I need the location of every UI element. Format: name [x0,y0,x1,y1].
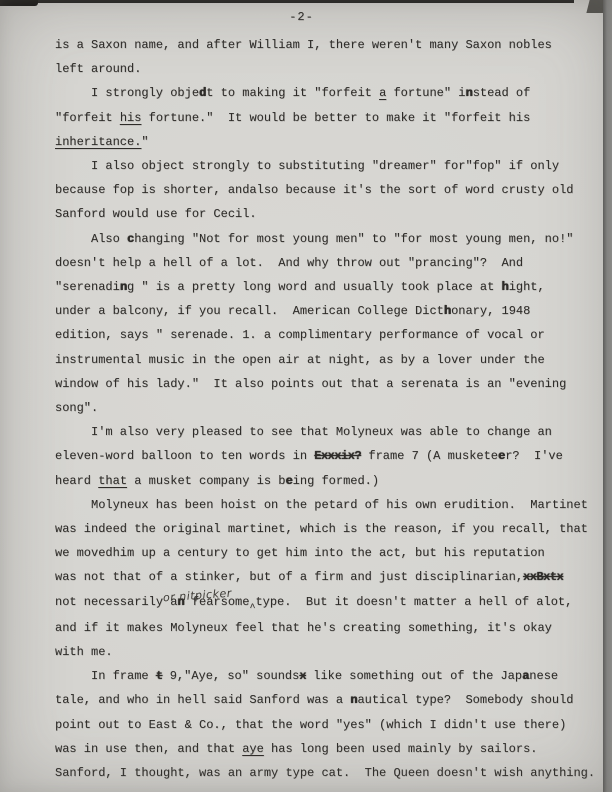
text-line: I also object strongly to substituting "… [55,154,602,178]
text-segment: h [444,304,451,318]
text-segment: tale, and who in hell said Sanford was a [55,693,350,707]
text-segment: h [501,280,508,294]
text-line: is a Saxon name, and after William I, th… [55,33,602,57]
text-segment: e [285,474,292,488]
text-segment: "forfeit [55,111,120,125]
text-line: we movedhim up a century to get him into… [55,541,602,565]
text-segment: nese [529,669,558,683]
text-segment: In frame [91,669,156,683]
text-line: left around. [55,57,602,81]
scanned-letter-page: -2- is a Saxon name, and after William I… [0,0,612,792]
underlined-text: inheritance. [55,135,141,149]
text-segment: we movedhim up a century to get him into… [55,546,545,560]
text-line: I'm also very pleased to see that Molyne… [55,420,602,444]
underlined-text: aye [242,742,264,756]
text-segment: ing formed.) [293,474,379,488]
text-line: was not that of a stinker, but of a firm… [55,565,602,589]
underlined-text: that [98,474,127,488]
text-line: Also changing "Not for most young men" t… [55,227,602,251]
text-segment: because fop is shorter, andalso because … [55,183,573,197]
text-line: I strongly objedt to making it "forfeit … [55,81,602,105]
text-segment: 9,"Aye, so" sounds [163,669,300,683]
text-line: with me. [55,640,602,664]
struck-text: Exxxix? [314,449,361,463]
underlined-text: his [120,111,142,125]
text-line: because fop is shorter, andalso because … [55,178,602,202]
text-segment: eleven-word balloon to ten words in [55,449,314,463]
text-segment: like something out of the Jap [306,669,522,683]
text-line: eleven-word balloon to ten words in Exxx… [55,444,602,468]
text-segment: fortune." It would be better to make it … [141,111,530,125]
text-line: and if it makes Molyneux feel that he's … [55,616,602,640]
text-segment: window of his lady." It also points out … [55,377,566,391]
text-segment: and if it makes Molyneux feel that he's … [55,621,552,635]
text-line: "serenading " is a pretty long word and … [55,275,602,299]
text-line: "forfeit his fortune." It would be bette… [55,106,602,130]
text-segment: Also [91,232,127,246]
page-number: -2- [0,10,603,24]
text-segment: has long been used mainly by sailors. [264,742,538,756]
text-line: was in use then, and that aye has long b… [55,737,602,761]
text-segment: I strongly obje [91,86,199,100]
text-segment: r? I've [505,449,563,463]
text-segment: Sanford, I thought, was an army type cat… [55,766,595,780]
text-segment: I'm also very pleased to see that Molyne… [91,425,552,439]
text-segment: under a balcony, if you recall. American… [55,304,444,318]
scan-edge-top-left [0,0,38,6]
text-segment: Sanford would use for Cecil. [55,207,257,221]
text-line: Sanford, I thought, was an army type cat… [55,761,602,785]
text-segment: song". [55,401,98,415]
text-segment: heard [55,474,98,488]
text-line: edition, says " serenade. 1. a complimen… [55,323,602,347]
text-line: tale, and who in hell said Sanford was a… [55,688,602,712]
text-segment: was in use then, and that [55,742,242,756]
text-line: Molyneux has been hoist on the petard of… [55,493,602,517]
text-segment: " [141,135,148,149]
text-segment: onary, 1948 [451,304,530,318]
text-segment: was not that of a stinker, but of a firm… [55,570,523,584]
text-segment: hanging "Not for most young men" to "for… [134,232,573,246]
struck-text: xxBxtx [523,570,563,584]
text-line: not necessarily an fearsomeor nitpicker^… [55,590,602,616]
text-line: Sanford would use for Cecil. [55,202,602,226]
text-segment: Molyneux has been hoist on the petard of… [91,498,588,512]
text-segment: autical type? Somebody should [357,693,573,707]
text-segment: not necessarily a [55,595,177,609]
insertion-caret: ^ [249,603,255,614]
text-line: In frame t 9,"Aye, so" soundsx like some… [55,664,602,688]
text-segment: left around. [55,62,141,76]
text-segment: g " is a pretty long word and usually to… [127,280,501,294]
text-line: doesn't help a hell of a lot. And why th… [55,251,602,275]
struck-text: t [156,669,163,683]
page-body: is a Saxon name, and after William I, th… [55,33,602,785]
scan-edge-right [603,0,612,792]
text-segment: fortune" i [386,86,465,100]
text-segment: stead of [473,86,531,100]
text-segment: point out to East & Co., that the word "… [55,718,566,732]
text-line: song". [55,396,602,420]
text-line: point out to East & Co., that the word "… [55,713,602,737]
text-line: window of his lady." It also points out … [55,372,602,396]
text-segment: t to making it "forfeit [206,86,379,100]
text-segment: with me. [55,645,113,659]
scan-edge-top [0,0,574,3]
text-segment: "serenadi [55,280,120,294]
text-segment: n [465,86,472,100]
text-segment: instrumental music in the open air at ni… [55,353,545,367]
text-segment: edition, says " serenade. 1. a complimen… [55,328,545,342]
text-segment: n [120,280,127,294]
text-segment: is a Saxon name, and after William I, th… [55,38,552,52]
text-segment: was indeed the original martinet, which … [55,522,588,536]
text-segment: a musket company is b [127,474,285,488]
text-line: instrumental music in the open air at ni… [55,348,602,372]
text-line: inheritance." [55,130,602,154]
text-line: under a balcony, if you recall. American… [55,299,602,323]
text-segment: doesn't help a hell of a lot. And why th… [55,256,523,270]
text-segment: type. But it doesn't matter a hell of al… [255,595,572,609]
text-segment: I also object strongly to substituting "… [91,159,559,173]
text-line: was indeed the original martinet, which … [55,517,602,541]
text-line: heard that a musket company is being for… [55,469,602,493]
text-segment: frame 7 (A muskete [361,449,498,463]
text-segment: ight, [509,280,545,294]
